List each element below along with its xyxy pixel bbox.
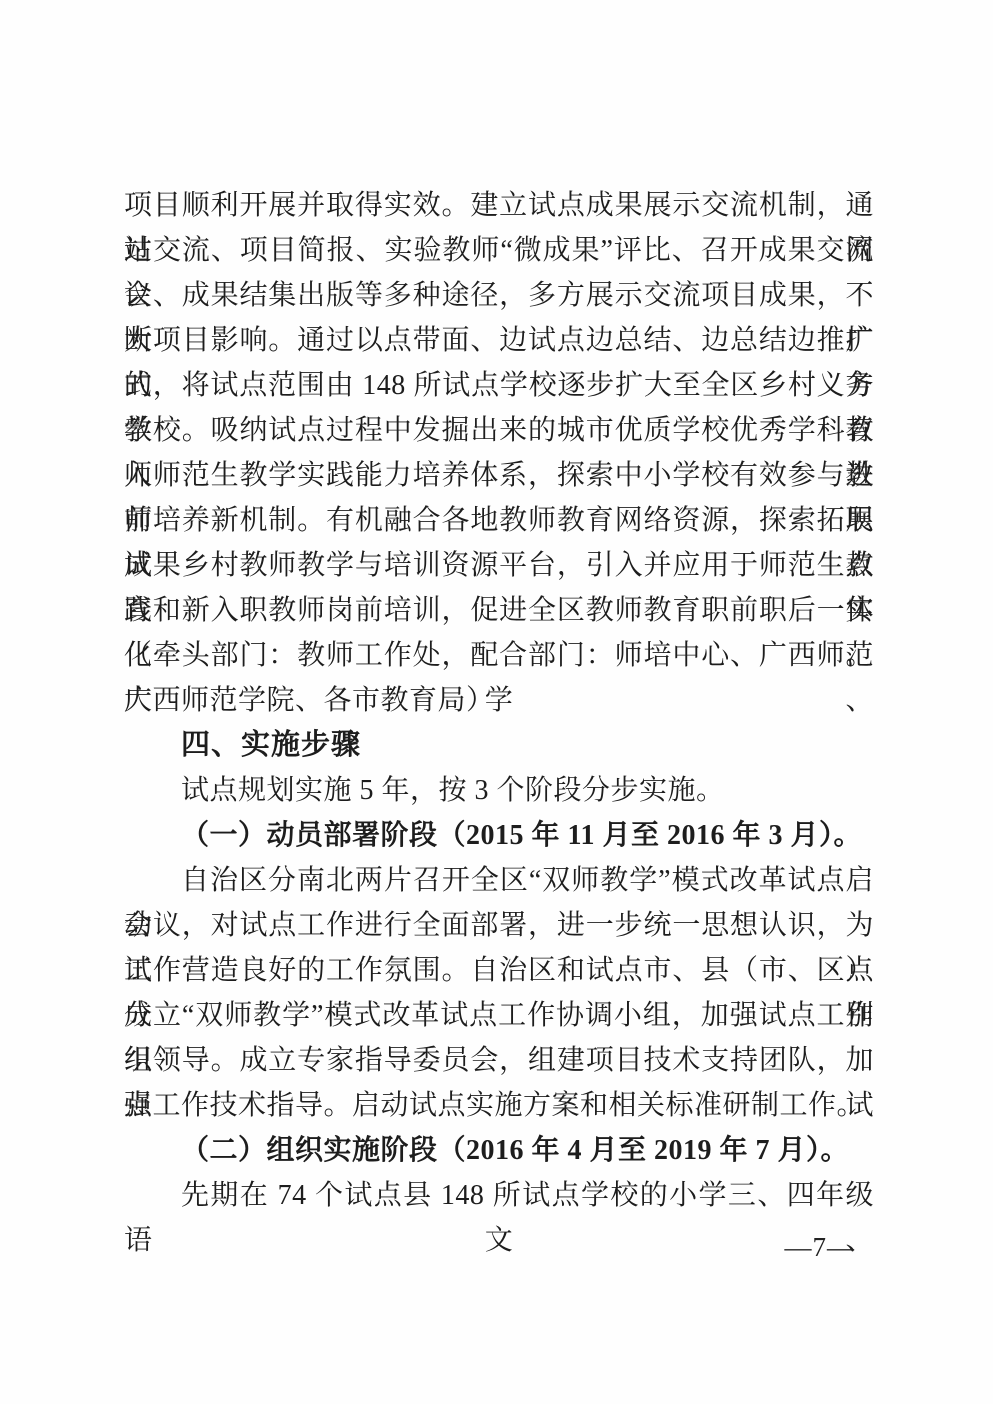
body-line: 会议，对试点工作进行全面部署，进一步统一思想认识，为试点 xyxy=(124,903,874,948)
stage-subheading-1: （一）动员部署阶段（2015 年 11 月至 2016 年 3 月）。 xyxy=(124,813,874,858)
stage-subheading-2: （二）组织实施阶段（2016 年 4 月至 2019 年 7 月）。 xyxy=(124,1128,874,1173)
body-line: 成果乡村教师教学与培训资源平台，引入并应用于师范生教育实 xyxy=(124,543,874,588)
body-line: 先期在 74 个试点县 148 所试点学校的小学三、四年级语文、 xyxy=(124,1173,874,1218)
body-line: 成立“双师教学”模式改革试点工作协调小组，加强试点工作组 xyxy=(124,993,874,1038)
document-page: 项目顺利开展并取得实效。建立试点成果展示交流机制，通过网 站交流、项目简报、实验… xyxy=(0,0,993,1404)
body-line: 前培养新机制。有机融合各地教师教育网络资源，探索拓展试点 xyxy=(124,498,874,543)
body-line: 织领导。成立专家指导委员会，组建项目技术支持团队，加强试 xyxy=(124,1038,874,1083)
section-heading: 四、实施步骤 xyxy=(124,723,874,768)
page-number: —7— xyxy=(785,1232,856,1263)
body-line: 学校。吸纳试点过程中发掘出来的城市优质学校优秀学科教师进 xyxy=(124,408,874,453)
body-line: 践和新入职教师岗前培训，促进全区教师教育职前职后一体化。 xyxy=(124,588,874,633)
body-line: 工作营造良好的工作氛围。自治区和试点市、县（市、区）分别 xyxy=(124,948,874,993)
body-line: 自治区分南北两片召开全区“双师教学”模式改革试点启动 xyxy=(124,858,874,903)
body-line: 大项目影响。通过以点带面、边试点边总结、边总结边推广的方 xyxy=(124,318,874,363)
body-line-paragraph-end: 试点规划实施 5 年，按 3 个阶段分步实施。 xyxy=(124,768,874,813)
text-block: 项目顺利开展并取得实效。建立试点成果展示交流机制，通过网 站交流、项目简报、实验… xyxy=(124,183,874,1218)
body-line: 站交流、项目简报、实验教师“微成果”评比、召开成果交流会 xyxy=(124,228,874,273)
body-line: 议、成果结集出版等多种途径，多方展示交流项目成果，不断扩 xyxy=(124,273,874,318)
body-line: 式，将试点范围由 148 所试点学校逐步扩大至全区乡村义务教育 xyxy=(124,363,874,408)
body-line: （牵头部门：教师工作处，配合部门：师培中心、广西师范大学、 xyxy=(124,633,874,678)
body-line-paragraph-end: 点工作技术指导。启动试点实施方案和相关标准研制工作。 xyxy=(124,1083,874,1128)
body-line: 入师范生教学实践能力培养体系，探索中小学校有效参与教师职 xyxy=(124,453,874,498)
body-line: 项目顺利开展并取得实效。建立试点成果展示交流机制，通过网 xyxy=(124,183,874,228)
